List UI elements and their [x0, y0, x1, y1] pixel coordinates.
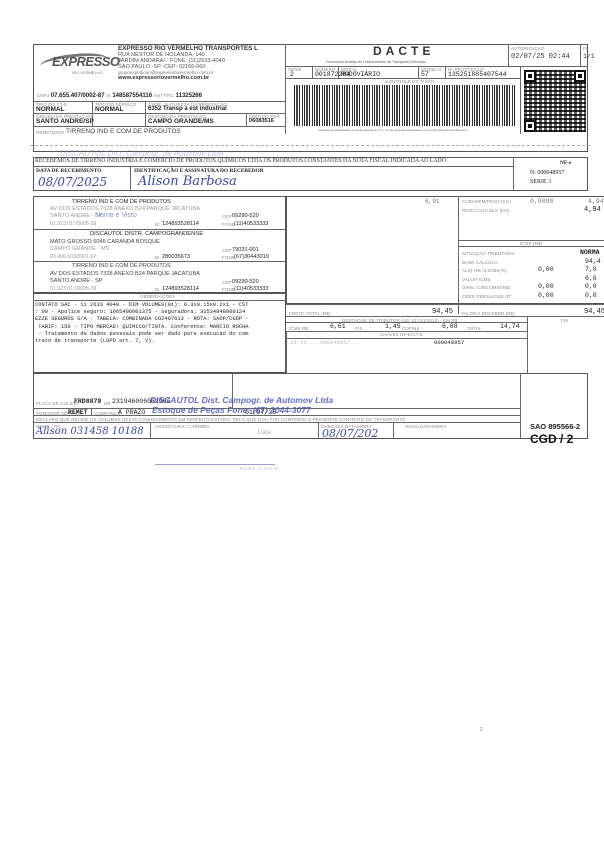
frete-total-value: 94,45 [432, 308, 453, 316]
company-logo: EXPRESSO RIO VERMELHO [38, 48, 112, 80]
fisco-barcode [294, 85, 516, 126]
placa-value: FRD8879 [74, 398, 101, 405]
nfe-number: N. 000048957 [530, 170, 564, 176]
icms-row-label: CRED PRESAICMS ST [462, 294, 511, 299]
expedidor-ie: 124893528114 [162, 286, 199, 292]
receipt-signature-handwritten: Alison Barbosa [138, 174, 237, 189]
icms-row-value: 7,0 [585, 266, 597, 273]
icms-row-value: 0,0 [585, 283, 597, 290]
cfop-value: 6352 Transp a est industrial [148, 106, 227, 112]
expedidor-name: TIRRENO IND E COM DE PRODUTOS [72, 263, 171, 269]
icms-row-mid: 0,00 [538, 283, 554, 290]
ref-code: SAO 895566-2 [530, 422, 580, 431]
peso-calc-value: 4,94 [584, 206, 601, 214]
chegada-handwritten: 08/07/202 [322, 427, 378, 440]
cnpj-value: 07.655.407/0002-87 [51, 93, 105, 99]
expedidor-cep: 09290-520 [232, 279, 259, 285]
icms-row-label: DIFAL ICMS OMIS(R$) [462, 285, 510, 290]
icms-row-label: SITUAÇÃO TRIBUTÁRIA [462, 251, 515, 256]
dacte-subtitle: Documento Auxiliar do Conhecimento de Tr… [326, 60, 426, 64]
remetente-cep-label: CEP [222, 214, 232, 219]
ie-label: IE [106, 93, 110, 98]
observacoes-title: OBSERVAÇÕES [140, 294, 175, 299]
company-website: www.expressoriovermelho.com.br [118, 75, 258, 81]
icms-row-value: 0,0 [585, 292, 597, 299]
pis-value: 1,45 [385, 323, 401, 330]
qr-code[interactable] [524, 70, 586, 132]
cubagem-value: 0,0090 [530, 198, 553, 205]
icms-row-mid: 0,00 [538, 266, 554, 273]
fl-label: FL [583, 46, 588, 51]
consulta-text: Consulta de autenticidade no portal naci… [318, 128, 468, 132]
peso-calc-label: PESO CALCULO (KG) [462, 208, 509, 213]
expedidor-cnpj: 61.923.017/0005-39 [50, 286, 96, 292]
modal-value: RODOVIÁRIO [341, 71, 380, 78]
placa-label: PLACA DE COLETA [36, 401, 78, 406]
right-panel-frame [286, 196, 604, 304]
fl-value: 1/1 [583, 53, 595, 60]
ie-value: 148587554116 [112, 93, 152, 99]
serie-value: 2 [290, 71, 294, 78]
remetente-fone: (11)40533333 [234, 221, 268, 227]
controle-fisco-label: CONTROLE DO FISCO [385, 79, 435, 84]
icms-row-value: NORMA [580, 249, 600, 256]
discautol-stamp-line1: DISCAUTOL Dist. Campogr. de Automov Ltda [150, 395, 333, 405]
icms-row-value: 94,4 [585, 258, 601, 265]
tipo-cte-value: NORMAL [36, 106, 65, 113]
cubagem-extra: 4,94 [588, 198, 604, 205]
icms-tributo-value: 6,61 [330, 323, 346, 330]
destinatario-cep: 79031-001 [232, 247, 259, 253]
company-name: EXPRESSO RIO VERMELHO TRANSPORTES L [118, 45, 258, 52]
branch-code: CGD / 2 [530, 432, 573, 446]
destinatario-ie: 280035673 [162, 254, 190, 260]
remetente-ie: 124893528114 [162, 221, 199, 227]
origem-value: SANTO ANDRE/SP [36, 118, 94, 125]
icms-row-value: 6,6 [585, 275, 597, 282]
nome-rg-handwritten: Alison 031458 10188 [36, 426, 144, 437]
destino-value: CAMPO GRANDE/MS [148, 118, 214, 125]
expedidor-fone-label: FONE [222, 287, 235, 292]
protocolo-value: 135251885407544 [448, 71, 507, 78]
company-info: EXPRESSO RIO VERMELHO TRANSPORTES L RUA … [118, 45, 258, 81]
assinatura-carimbo-label: ASSINATURA / CARIMBO [155, 424, 210, 429]
nome-visto-bottom: Nome e Visto [240, 466, 279, 471]
antt-value: 11325266 [176, 93, 202, 99]
nfe-title: NF-e [560, 160, 571, 166]
observacoes-text: CONTATO SAC - 11 2633 4040 - DIM VOLUMES… [35, 302, 249, 345]
destinatario-fone: (67)30443019 [234, 254, 269, 260]
nfe-serie: SERIE 3 [530, 179, 551, 185]
remetente-cnpj: 61.923.017/0005-39 [50, 221, 96, 227]
receipt-date-handwritten: 08/07/2025 [38, 175, 107, 189]
data-label: Data [258, 430, 271, 436]
emitido-value: 06083516 [249, 118, 274, 124]
autorizacao-label: AUTORIZAÇÃO [511, 46, 545, 51]
company-ids: CNPJ 07.655.407/0002-87 IE 148587554116 … [37, 93, 202, 99]
autorizacao-value: 02/07/25 02:44 [511, 53, 570, 61]
valor-receber-value: 94,45 [584, 308, 604, 316]
chaves-label: CHAVES NF-E/CT-E [380, 332, 423, 337]
remetente-header-value: TIRRENO IND E COM DE PRODUTOS [66, 128, 181, 135]
expedidor-address: AV DOS ESTADOS 7328 ANEXO B24 PARQUE JAC… [50, 271, 200, 277]
cnpj-label: CNPJ [37, 93, 49, 98]
destinatario-fone-label: FONE [222, 255, 235, 260]
modelo-value: 57 [421, 71, 429, 78]
remetente-header-label: REMETENTE [36, 130, 65, 135]
discautol-stamp-line2: Estoque de Peças Fone: (67) 3044-3077 [152, 405, 311, 415]
antt-label: ANTT/RC [154, 93, 174, 98]
logo-subtext: RIO VERMELHO [72, 70, 103, 75]
destinatario-cep-label: CEP [222, 248, 232, 253]
destinatario-ie-label: IE [155, 255, 159, 260]
destinatario-name: DISCAUTOL DISTR. CAMPOGRANDENSE [90, 231, 203, 237]
produto-value: 6,91 [425, 198, 439, 205]
icms-row-label: ALIQ OR ALICMS(%) [462, 268, 507, 273]
total-tributos-value: 14,74 [500, 323, 520, 330]
saida-label: SAIDA DATA/HORA [405, 424, 447, 429]
remetente-cep: 09290-520 [232, 213, 259, 219]
page-marker: 2 [480, 727, 483, 733]
chave-highlight: 000048957 [434, 339, 464, 346]
expedidor-fone: (11)40533333 [234, 286, 268, 292]
icms-row-label: VALOR ICMS [462, 277, 490, 282]
dacte-title: DACTE [373, 44, 434, 58]
icms-row-label: BASE CALCULO [462, 260, 498, 265]
logo-text: EXPRESSO [52, 54, 120, 69]
tipo-servico-value: NORMAL [95, 106, 124, 113]
cofins-value: 6,68 [442, 323, 458, 330]
nome-visto-stamp: Nome e Visto [95, 212, 137, 219]
chave-faint: 35-25-...000048957... [290, 339, 361, 346]
expedidor-cep-label: CEP [222, 280, 232, 285]
destinatario-city: CAMPO GRANDE - MS [50, 246, 109, 252]
receipt-stamp-overlay: DISCAUTOL Dist. Campogr. de Automov Ltda [60, 149, 223, 158]
nr-label: NR [104, 401, 111, 406]
expedidor-ie-label: IE [155, 287, 159, 292]
remetente-fone-label: FONE [222, 222, 235, 227]
fix-label: FIX [561, 318, 568, 323]
receipt-date-label: DATA DE RECEBIMENTO [36, 168, 101, 174]
remetente-name: TIRRENO IND E COM DE PRODUTOS [72, 199, 171, 205]
icms-row-mid: 0,00 [538, 292, 554, 299]
remetente-ie-label: IE [155, 222, 159, 227]
receipt-statement: RECEBEMOS DE TIRRENO INDUSTRIA E COMERCI… [35, 158, 446, 164]
expedidor-city: SANTO ANDRE - SP [50, 278, 102, 284]
destinatario-address: MATO GROSSO 5046 CARANDA BOSQUE [50, 239, 160, 245]
destinatario-cnpj: 03.496.603/0001-07 [50, 254, 96, 260]
cubagem-label: CUBAGEM/PESO (KG) [462, 199, 511, 204]
